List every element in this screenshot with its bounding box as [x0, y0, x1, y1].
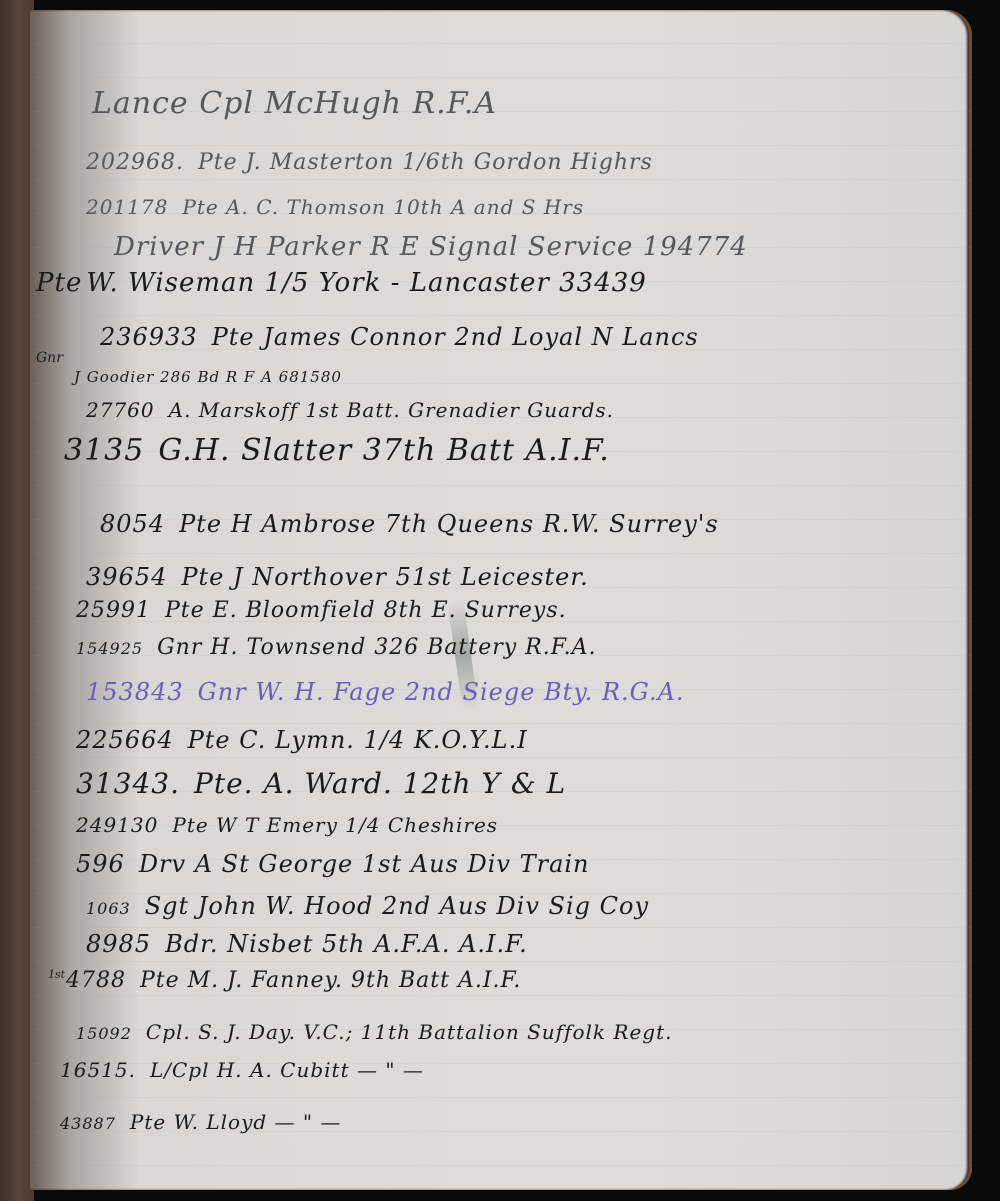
- entry-number: 153843: [86, 678, 184, 706]
- entry-line: 43887Pte W. Lloyd — " —: [60, 1110, 341, 1134]
- entry-text: Bdr. Nisbet 5th A.F.A. A.I.F.: [165, 930, 528, 958]
- entry-line: 225664Pte C. Lymn. 1/4 K.O.Y.L.I: [76, 726, 528, 754]
- entry-line: 39654Pte J Northover 51st Leicester.: [86, 563, 589, 591]
- entry-number: 202968.: [86, 150, 184, 175]
- entry-line: 236933Pte James Connor 2nd Loyal N Lancs: [100, 323, 699, 351]
- entry-number: 39654: [86, 563, 167, 591]
- entry-line: 596Drv A St George 1st Aus Div Train: [76, 850, 590, 878]
- entry-number: 236933: [100, 323, 198, 351]
- entry-text: W. Wiseman 1/5 York - Lancaster 33439: [86, 268, 647, 298]
- entry-line: 25991Pte E. Bloomfield 8th E. Surreys.: [76, 598, 567, 623]
- entry-line: 3135G.H. Slatter 37th Batt A.I.F.: [64, 433, 610, 468]
- entry-line: 1063Sgt John W. Hood 2nd Aus Div Sig Coy: [86, 892, 649, 920]
- entry-line: 153843Gnr W. H. Fage 2nd Siege Bty. R.G.…: [86, 678, 685, 706]
- entry-line: 31343.Pte. A. Ward. 12th Y & L: [76, 767, 566, 800]
- entry-text: Pte E. Bloomfield 8th E. Surreys.: [165, 598, 567, 623]
- entry-text: G.H. Slatter 37th Batt A.I.F.: [158, 433, 609, 468]
- entry-line: PteW. Wiseman 1/5 York - Lancaster 33439: [36, 268, 647, 298]
- entry-number: 249130: [76, 813, 158, 837]
- margin-note: Gnr: [36, 350, 63, 366]
- entry-text: Pte C. Lymn. 1/4 K.O.Y.L.I: [188, 726, 528, 754]
- entry-number: 31343.: [76, 767, 180, 800]
- margin-note: 1st: [48, 968, 65, 981]
- entry-line: 15092Cpl. S. J. Day. V.C.; 11th Battalio…: [76, 1020, 672, 1044]
- entry-number: 25991: [76, 598, 151, 623]
- entry-number: 16515.: [60, 1058, 136, 1082]
- entry-text: Drv A St George 1st Aus Div Train: [139, 850, 590, 878]
- entry-number: 1063: [86, 899, 131, 918]
- entry-text: Pte H Ambrose 7th Queens R.W. Surrey's: [179, 510, 719, 538]
- entry-text: Pte W. Lloyd — " —: [130, 1110, 342, 1134]
- entry-line: J Goodier 286 Bd R F A 681580: [60, 368, 342, 386]
- entry-number: 225664: [76, 726, 174, 754]
- entry-line: 27760A. Marskoff 1st Batt. Grenadier Gua…: [86, 398, 614, 422]
- entry-number: 154925: [76, 639, 143, 658]
- entry-text: Pte A. C. Thomson 10th A and S Hrs: [182, 195, 584, 219]
- entry-line: 202968.Pte J. Masterton 1/6th Gordon Hig…: [86, 150, 653, 175]
- entry-number: Pte: [36, 268, 82, 298]
- entry-text: Pte. A. Ward. 12th Y & L: [194, 767, 566, 800]
- entry-line: 16515.L/Cpl H. A. Cubitt — " —: [60, 1058, 424, 1082]
- notebook-spine: [0, 0, 34, 1201]
- entry-text: Pte J Northover 51st Leicester.: [181, 563, 588, 591]
- entry-number: 201178: [86, 195, 168, 219]
- entry-line: 154925Gnr H. Townsend 326 Battery R.F.A.: [76, 635, 596, 660]
- entry-text: Pte M. J. Fanney. 9th Batt A.I.F.: [140, 968, 521, 993]
- entry-text: Gnr H. Townsend 326 Battery R.F.A.: [157, 635, 596, 660]
- entry-text: A. Marskoff 1st Batt. Grenadier Guards.: [169, 398, 614, 422]
- entry-line: 201178Pte A. C. Thomson 10th A and S Hrs: [86, 195, 584, 219]
- entry-text: Gnr W. H. Fage 2nd Siege Bty. R.G.A.: [198, 678, 685, 706]
- entry-line: 8985Bdr. Nisbet 5th A.F.A. A.I.F.: [86, 930, 528, 958]
- entry-line: Lance Cpl McHugh R.F.A: [78, 86, 497, 121]
- entry-text: Pte J. Masterton 1/6th Gordon Highrs: [198, 150, 653, 175]
- entry-number: 596: [76, 850, 125, 878]
- entry-number: 8054: [100, 510, 165, 538]
- entry-line: Driver J H Parker R E Signal Service 194…: [100, 232, 748, 262]
- entry-text: Pte James Connor 2nd Loyal N Lancs: [212, 323, 699, 351]
- entry-text: Cpl. S. J. Day. V.C.; 11th Battalion Suf…: [146, 1020, 673, 1044]
- entry-number: 43887: [60, 1114, 116, 1133]
- entry-number: 4788: [66, 968, 126, 993]
- entry-line: 249130Pte W T Emery 1/4 Cheshires: [76, 813, 498, 837]
- entry-number: 27760: [86, 398, 155, 422]
- entry-text: Pte W T Emery 1/4 Cheshires: [172, 813, 498, 837]
- entry-line: 4788Pte M. J. Fanney. 9th Batt A.I.F.: [66, 968, 521, 993]
- entry-number: 3135: [64, 433, 144, 468]
- entry-text: Driver J H Parker R E Signal Service 194…: [114, 232, 748, 262]
- entry-text: Sgt John W. Hood 2nd Aus Div Sig Coy: [145, 892, 649, 920]
- entry-text: L/Cpl H. A. Cubitt — " —: [150, 1058, 424, 1082]
- entry-number: 15092: [76, 1024, 132, 1043]
- entry-line: 8054Pte H Ambrose 7th Queens R.W. Surrey…: [100, 510, 719, 538]
- notebook-page: Lance Cpl McHugh R.F.A 202968.Pte J. Mas…: [30, 10, 972, 1190]
- entry-number: 8985: [86, 930, 151, 958]
- entry-text: Lance Cpl McHugh R.F.A: [92, 86, 497, 121]
- entry-text: J Goodier 286 Bd R F A 681580: [74, 368, 342, 386]
